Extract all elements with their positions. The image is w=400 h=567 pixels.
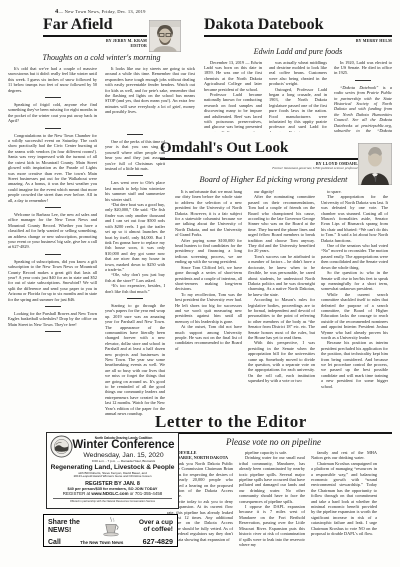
letter-subhead: Please vote no on pipeline <box>155 437 392 447</box>
letter-headline-rule <box>155 432 392 434</box>
omdahl-byline-credentials: Former lieutenant governor, UND politica… <box>160 166 358 170</box>
paragraph: Because his position as interim presiden… <box>321 340 388 389</box>
paragraph: With this perspective, I was presiding i… <box>248 340 315 383</box>
paragraph: It looks like our icy streets are going … <box>105 66 195 115</box>
paragraph-divider <box>45 254 61 255</box>
paragraph: One of the senators who had voted “No” m… <box>321 243 388 270</box>
ad-phone-number: 627-4829 <box>143 537 173 546</box>
paragraph-divider <box>127 298 143 299</box>
paragraph: Professor Ladd became nationally known f… <box>204 92 262 132</box>
paragraph: To my recollection, Tom was the best pre… <box>175 292 242 324</box>
dakota-datebook-subhead: Edwin Ladd and pure foods <box>204 47 392 56</box>
omdahl-subhead: Board of Higher Ed picking wrong preside… <box>155 175 392 184</box>
winter-conference-ad: North Dakota Grazing Lands Coalition Win… <box>46 432 179 509</box>
ad-contact: REGISTER at www.NDGLC.com or 701-355-445… <box>47 491 178 496</box>
paragraph: In 1920, Ladd was elected to the US Sena… <box>334 60 392 76</box>
ad-coffee-text: Over a cup of coffee! <box>122 520 174 534</box>
dakota-datebook-column-2: was actually wheat middlings and dextrin… <box>269 60 327 132</box>
paragraph: While the current search committee shack… <box>321 292 388 341</box>
paragraph: I oppose the DAPL expansion because it i… <box>239 504 305 547</box>
folio-text: — New Town News, Friday, Dec. 13, 2019 <box>58 9 145 14</box>
paragraph: Congratulations to the New Town Chamber … <box>8 133 97 203</box>
ad-contact-pre: REGISTER at <box>63 491 92 496</box>
paragraph-divider <box>45 207 61 208</box>
dakota-datebook-column-1: December 13, 2019 — Edwin Ladd was born … <box>204 60 262 132</box>
paragraph: After the nominating committee passed on… <box>248 194 315 253</box>
dakota-datebook-title: Dakota Datebook <box>204 17 392 33</box>
paragraph-divider <box>355 80 371 81</box>
columnist-headshot-photo <box>358 143 392 185</box>
dakota-datebook-section: Dakota Datebook BY MERRY HELM Edwin Ladd… <box>204 17 392 145</box>
omdahl-column-1: It is unfortunate that we must hang our … <box>175 189 242 396</box>
paragraph: was actually wheat middlings and dextrin… <box>269 60 327 87</box>
share-news-ad: Share the NEWS! Over a cup of coffee! Ca… <box>43 514 178 547</box>
paragraph: December 13, 2019 — Edwin Ladd was born … <box>204 60 262 92</box>
ad-date: Wednesday, Jan. 15, 2020 <box>69 452 178 459</box>
ad-call-label: Call <box>48 539 61 546</box>
far-afield-subhead: Thoughts on a cold winter's morning <box>8 53 195 62</box>
far-afield-byline-role: EDITOR <box>8 44 147 48</box>
paragraph: Drinking water for our small rural triba… <box>239 455 305 504</box>
paragraph: Tom's success can be attributed to a num… <box>248 254 315 297</box>
paragraph-divider <box>45 331 61 332</box>
far-afield-column-2-upper: It looks like our icy streets are going … <box>105 66 195 130</box>
paragraph: According to Mason's rules for legislati… <box>248 297 315 340</box>
paragraph-divider <box>45 97 61 98</box>
letter-column-2: pipeline capacity is safe. Drinking wate… <box>239 450 305 567</box>
dakota-datebook-byline: BY MERRY HELM <box>204 39 392 43</box>
letter-column-3: family and rest of the MHA Nation gets o… <box>311 450 377 567</box>
ad-speakers-line-2: 2019 Leopold Award Winners Gene and Chri… <box>47 475 178 479</box>
ad-price: $40 per person/$35 for members, SO JOIN … <box>47 487 178 491</box>
ad-call-row: Call The New Town News 627-4829 <box>48 537 173 546</box>
paragraph: Looking for the Parshall Braves and New … <box>8 311 97 327</box>
paragraph: The appropriation for the University of … <box>321 194 388 243</box>
paragraph-divider <box>127 134 143 135</box>
paragraph: It is unfortunate that we must hang our … <box>175 189 242 238</box>
paragraph: family and rest of the MHA Nation gets o… <box>311 450 377 461</box>
series-tagline: “Dakota Datebook” is a radio series from… <box>334 85 392 132</box>
paragraph: It's odd that we've had a couple of mass… <box>8 66 97 93</box>
paragraph-divider <box>127 175 143 176</box>
coalition-seal-icon <box>50 435 73 458</box>
paragraph: Since Tom Clifford left, we have gone th… <box>175 265 242 292</box>
coffee-cup-icon <box>100 516 122 537</box>
far-afield-headline-rule <box>43 35 147 37</box>
ad-contact-post: or 701-355-4458 <box>129 491 163 496</box>
dakota-datebook-headline-rule <box>204 35 392 37</box>
ad-fine-print: Offered in partnership with the Natural … <box>53 498 172 503</box>
omdahl-column-2: our dignity! After the nominating commit… <box>248 189 315 396</box>
ad-title: Winter Conference <box>69 440 178 452</box>
ad-brand: The New Town News <box>80 540 123 545</box>
far-afield-column-1: It's odd that we've had a couple of mass… <box>8 66 97 418</box>
omdahl-section: Omdahl's Out Look BY LLOYD OMDAHL Former… <box>155 141 392 411</box>
paragraph-divider <box>45 128 61 129</box>
omdahl-column-3: to spare. The appropriation for the Univ… <box>321 189 388 396</box>
paragraph: Outraged, Professor Ladd began a long cr… <box>269 87 327 132</box>
omdahl-headline-rule <box>160 158 358 160</box>
omdahl-byline: BY LLOYD OMDAHL <box>160 162 358 166</box>
paragraph: Welcome to Barbara Lee, the new ad sales… <box>8 212 97 250</box>
editor-headshot-photo <box>149 20 181 52</box>
paragraph: Speaking of frigid cold, anyone else fin… <box>8 102 97 124</box>
ad-website: www.NDGLC.com <box>91 491 128 496</box>
ad-coffee-line-2: of coffee! <box>122 527 174 534</box>
paragraph: After paying some $100,000 for head hunt… <box>175 238 242 265</box>
paragraph: At the outset, Tom did not have much sup… <box>175 324 242 351</box>
folio: 4— New Town News, Friday, Dec. 13, 2019 <box>55 8 146 15</box>
paragraph: Speaking of subscriptions, did you know … <box>8 259 97 302</box>
paragraph: So the question is: who in the Senate wi… <box>321 270 388 292</box>
ad-share-line-1: Share the <box>48 519 100 526</box>
newspaper-page: 4— New Town News, Friday, Dec. 13, 2019 … <box>0 0 400 567</box>
ad-share-text: Share the NEWS! <box>48 519 100 534</box>
paragraph: Chairman Kroshus campaigned on a platfor… <box>311 461 377 537</box>
ad-time-venue: 9:00 a.m. - 7 p.m. — Ramada Hotel, Bisma… <box>69 459 178 463</box>
letter-title: Letter to the Editor <box>155 413 392 430</box>
ad-share-line-2: NEWS! <box>48 527 100 534</box>
dakota-datebook-column-3: In 1920, Ladd was elected to the US Sena… <box>334 60 392 132</box>
paragraph-divider <box>45 306 61 307</box>
far-afield-byline: BY JERRY M. KRAM <box>8 39 147 43</box>
letter-section: Letter to the Editor Please vote no on p… <box>155 413 392 567</box>
